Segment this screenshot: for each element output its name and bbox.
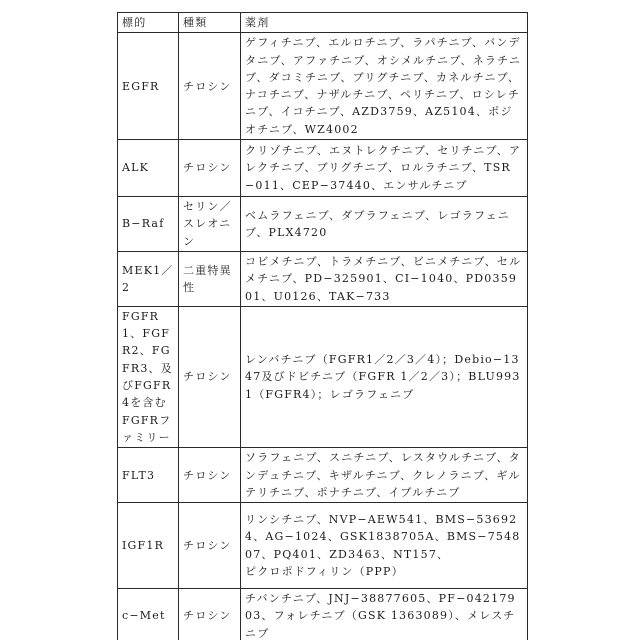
target-cell: c−Met xyxy=(118,589,179,640)
type-cell: チロシン xyxy=(179,589,241,640)
target-cell: MEK1／2 xyxy=(118,251,179,306)
drugs-cell: チバンチニブ、JNJ−38877605、PF−04217903、フォレチニブ（G… xyxy=(241,589,528,640)
target-cell: IGF1R xyxy=(118,503,179,589)
drugs-cell: クリゾチニブ、エヌトレクチニブ、セリチニブ、アレクチニブ、ブリグチニブ、ロルラチ… xyxy=(241,140,528,197)
type-cell: 二重特異性 xyxy=(179,251,241,306)
drugs-cell: レンバチニブ（FGFR1／2／3／4）；Debio−1347及びドビチニブ（FG… xyxy=(241,306,528,447)
kinase-inhibitor-table: 標的 種類 薬剤 EGFR チロシン ゲフィチニブ、エルロチニブ、ラパチニブ、バ… xyxy=(117,12,528,640)
type-cell: チロシン xyxy=(179,503,241,589)
target-cell: B−Raf xyxy=(118,197,179,252)
table-row-cmet: c−Met チロシン チバンチニブ、JNJ−38877605、PF−042179… xyxy=(118,589,528,640)
column-header-type: 種類 xyxy=(179,13,241,33)
drugs-cell: ベムラフェニブ、ダブラフェニブ、レゴラフェニブ、PLX4720 xyxy=(241,197,528,252)
document-page: 標的 種類 薬剤 EGFR チロシン ゲフィチニブ、エルロチニブ、ラパチニブ、バ… xyxy=(0,0,640,640)
target-cell: EGFR xyxy=(118,33,179,140)
type-cell: セリン／スレオニン xyxy=(179,197,241,252)
drugs-cell: ソラフェニブ、スニチニブ、レスタウルチニブ、タンデュチニブ、キザルチニブ、クレノ… xyxy=(241,448,528,503)
table-header-row: 標的 種類 薬剤 xyxy=(118,13,528,33)
table-row-braf: B−Raf セリン／スレオニン ベムラフェニブ、ダブラフェニブ、レゴラフェニブ、… xyxy=(118,197,528,252)
type-cell: チロシン xyxy=(179,306,241,447)
target-cell: FLT3 xyxy=(118,448,179,503)
type-cell: チロシン xyxy=(179,33,241,140)
drugs-cell: リンシチニブ、NVP−AEW541、BMS−536924、AG−1024、GSK… xyxy=(241,503,528,589)
table-row-mek1-2: MEK1／2 二重特異性 コビメチニブ、トラメチニブ、ビニメチニブ、セルメチニブ… xyxy=(118,251,528,306)
type-cell: チロシン xyxy=(179,140,241,197)
column-header-target: 標的 xyxy=(118,13,179,33)
target-cell: ALK xyxy=(118,140,179,197)
table-row-alk: ALK チロシン クリゾチニブ、エヌトレクチニブ、セリチニブ、アレクチニブ、ブリ… xyxy=(118,140,528,197)
drugs-cell: ゲフィチニブ、エルロチニブ、ラパチニブ、バンデタニブ、アファチニブ、オシメルチニ… xyxy=(241,33,528,140)
table-row-fgfr-family: FGFR1、FGFR2、FGFR3、及びFGFR4を含むFGFRファミリー チロ… xyxy=(118,306,528,447)
column-header-drugs: 薬剤 xyxy=(241,13,528,33)
table-row-egfr: EGFR チロシン ゲフィチニブ、エルロチニブ、ラパチニブ、バンデタニブ、アファ… xyxy=(118,33,528,140)
target-cell: FGFR1、FGFR2、FGFR3、及びFGFR4を含むFGFRファミリー xyxy=(118,306,179,447)
table-row-flt3: FLT3 チロシン ソラフェニブ、スニチニブ、レスタウルチニブ、タンデュチニブ、… xyxy=(118,448,528,503)
table-row-igf1r: IGF1R チロシン リンシチニブ、NVP−AEW541、BMS−536924、… xyxy=(118,503,528,589)
type-cell: チロシン xyxy=(179,448,241,503)
drugs-cell: コビメチニブ、トラメチニブ、ビニメチニブ、セルメチニブ、PD−325901、CI… xyxy=(241,251,528,306)
